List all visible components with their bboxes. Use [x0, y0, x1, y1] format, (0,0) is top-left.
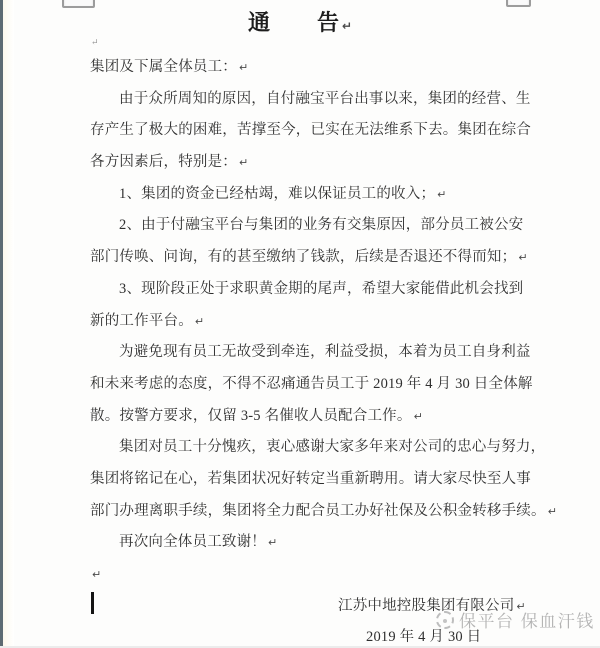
- doc-line: 各方因素后，特别是：↵: [90, 147, 536, 179]
- pilcrow-mark: ↵: [342, 19, 352, 33]
- doc-line: 部门传唤、问询，有的甚至缴纳了钱款，后续是否退还不得而知；↵: [90, 242, 536, 274]
- doc-line-text: 部门办理离职手续，集团将全力配合员工办好社保及公积金转移手续。: [90, 503, 546, 519]
- page-left-edge-tint: [3, 0, 14, 648]
- doc-line: 集团对员工十分愧疚，衷心感谢大家多年来对公司的忠心与努力，: [90, 432, 536, 464]
- doc-line-text: 散。按警方要求，仅留 3-5 名催收人员配合工作。: [90, 408, 412, 424]
- doc-line: 集团将铭记在心，若集团状况好转定当重新聘用。请大家尽快至人事: [90, 464, 536, 496]
- watermark-text: 保平台 保血汗钱: [459, 607, 595, 632]
- doc-line-text: 2、由于付融宝平台与集团的业务有交集原因，部分员工被公安: [119, 217, 523, 233]
- doc-line-text: 和未来考虑的态度，不得不忍痛通告员工于 2019 年 4 月 30 日全体解: [90, 376, 533, 392]
- pilcrow-mark: ↵: [414, 410, 423, 423]
- doc-line: 由于众所周知的原因，自付融宝平台出事以来，集团的经营、生: [90, 84, 536, 116]
- pilcrow-mark-faint: ↵: [91, 37, 99, 48]
- doc-line-text: 新的工作平台。: [90, 313, 193, 329]
- pilcrow-mark: ↵: [437, 188, 446, 201]
- doc-line: 2、由于付融宝平台与集团的业务有交集原因，部分员工被公安: [90, 210, 536, 242]
- doc-line-text: 由于众所周知的原因，自付融宝平台出事以来，集团的经营、生: [119, 91, 531, 107]
- page-title-text: 通 告: [248, 10, 340, 35]
- doc-line: 和未来考虑的态度，不得不忍痛通告员工于 2019 年 4 月 30 日全体解: [90, 369, 536, 401]
- doc-line-text: 集团及下属全体员工：: [90, 59, 237, 75]
- doc-line: 部门办理离职手续，集团将全力配合员工办好社保及公积金转移手续。↵: [90, 496, 536, 528]
- pilcrow-mark: ↵: [268, 536, 277, 549]
- doc-line: 新的工作平台。↵: [90, 306, 536, 338]
- doc-line: 再次向全体员工致谢！↵: [90, 527, 536, 559]
- pilcrow-mark: ↵: [518, 251, 527, 264]
- doc-line: 散。按警方要求，仅留 3-5 名催收人员配合工作。↵: [90, 401, 536, 433]
- pilcrow-mark: ↵: [548, 505, 557, 518]
- doc-line: 存产生了极大的困难，苦撑至今，已实在无法维系下去。集团在综合: [90, 115, 536, 147]
- pilcrow-mark: ↵: [92, 568, 101, 581]
- watermark: 保平台 保血汗钱: [436, 607, 595, 632]
- doc-line-text: 3、现阶段正处于求职黄金期的尾声，希望大家能借此机会找到: [119, 281, 523, 297]
- doc-line-text: 各方因素后，特别是：: [90, 154, 237, 170]
- watermark-stamp-icon: [436, 611, 454, 629]
- document-text-area[interactable]: 集团及下属全体员工：↵ 由于众所周知的原因，自付融宝平台出事以来，集团的经营、生…: [90, 52, 536, 648]
- doc-line-empty: ↵: [90, 559, 536, 591]
- text-caret: [91, 592, 94, 614]
- doc-line-text: 为避免现有员工无故受到牵连，利益受损，本着为员工自身利益: [119, 344, 531, 360]
- doc-line-text: 再次向全体员工致谢！: [119, 534, 266, 550]
- doc-line-text: 集团将铭记在心，若集团状况好转定当重新聘用。请大家尽快至人事: [90, 471, 531, 487]
- pilcrow-mark: ↵: [239, 156, 248, 169]
- pilcrow-mark: ↵: [195, 315, 204, 328]
- doc-line-text: 部门传唤、问询，有的甚至缴纳了钱款，后续是否退还不得而知；: [90, 249, 516, 265]
- page-title: 通 告↵: [0, 6, 600, 37]
- doc-line: 集团及下属全体员工：↵: [90, 52, 536, 84]
- doc-line-text: 1、集团的资金已经枯竭，难以保证员工的收入；: [119, 186, 435, 202]
- doc-line: 1、集团的资金已经枯竭，难以保证员工的收入；↵: [90, 179, 536, 211]
- document-page[interactable]: 通 告↵ ↵ 集团及下属全体员工：↵ 由于众所周知的原因，自付融宝平台出事以来，…: [0, 0, 600, 648]
- doc-line-text: 集团对员工十分愧疚，衷心感谢大家多年来对公司的忠心与努力，: [119, 439, 545, 455]
- doc-line-text: 存产生了极大的困难，苦撑至今，已实在无法维系下去。集团在综合: [90, 122, 531, 138]
- pilcrow-mark: ↵: [239, 61, 248, 74]
- doc-line: 3、现阶段正处于求职黄金期的尾声，希望大家能借此机会找到: [90, 274, 536, 306]
- doc-line: 为避免现有员工无故受到牵连，利益受损，本着为员工自身利益: [90, 337, 536, 369]
